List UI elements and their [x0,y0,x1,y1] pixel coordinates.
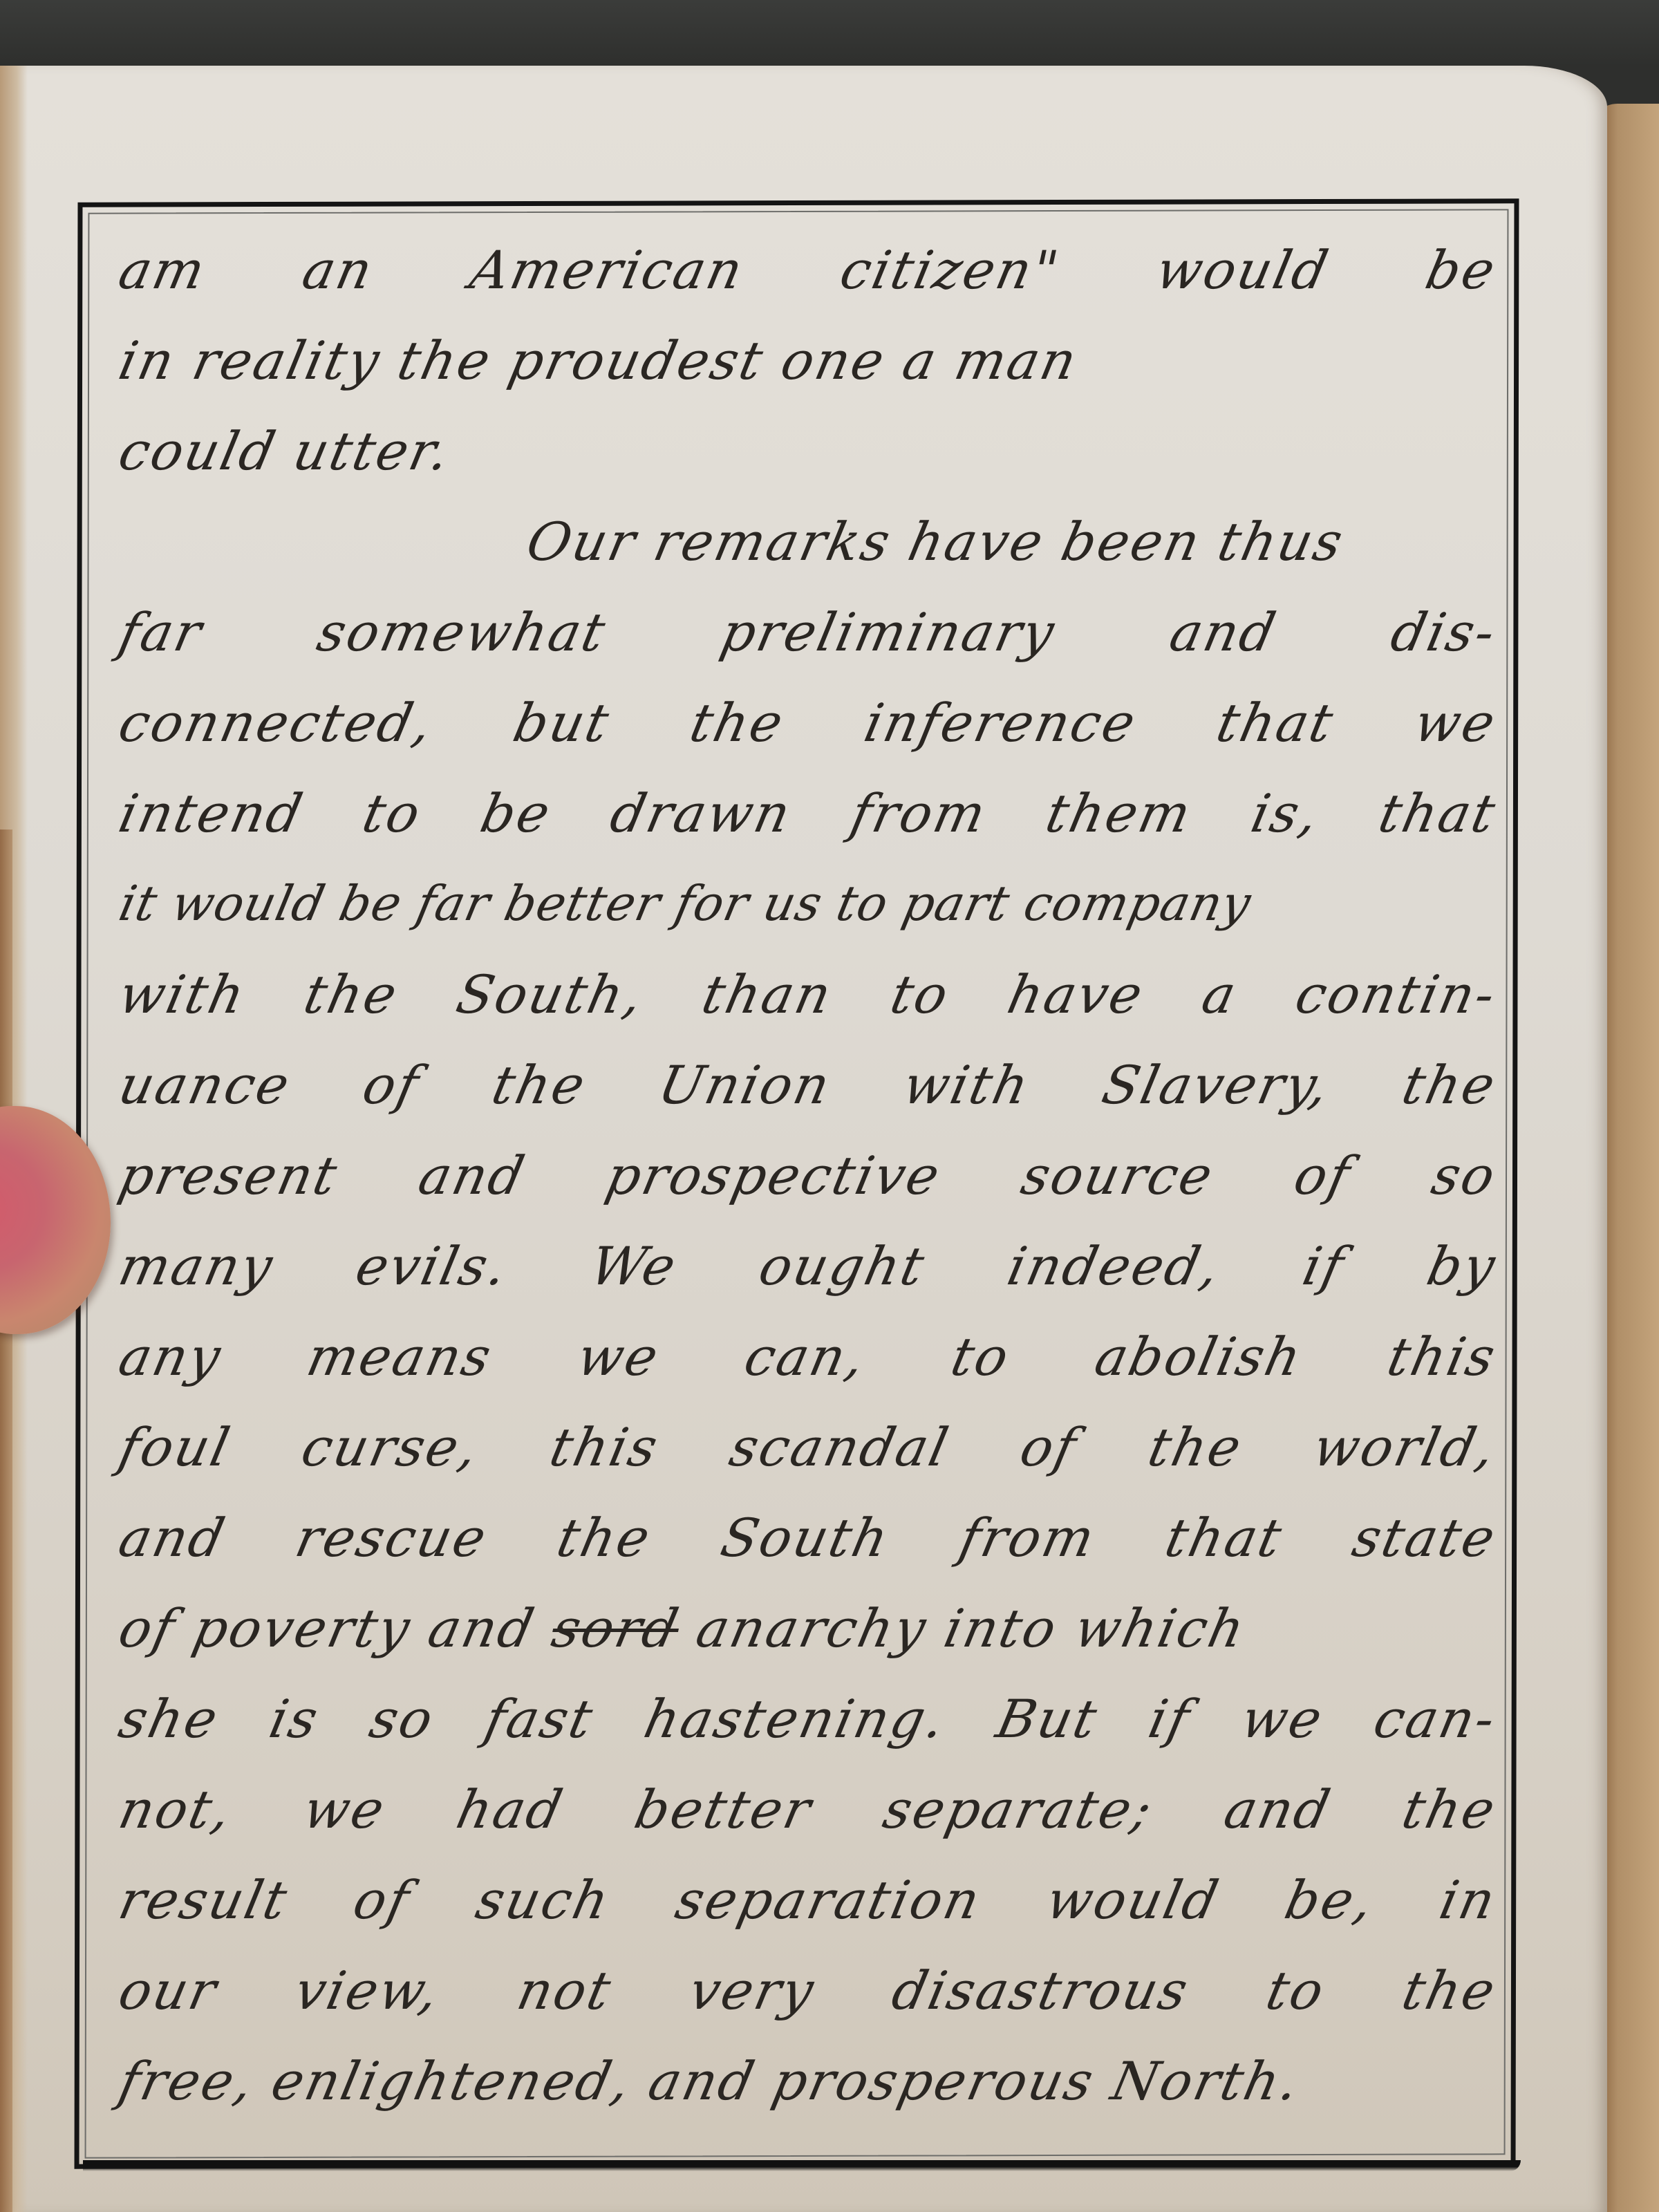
text-line: any means we can, to abolish this [111,1311,1506,1402]
frame-bottom-shadow [83,2160,1521,2171]
text-line: am an American citizen" would be [111,225,1506,315]
text-line: result of such separation would be, in [111,1855,1506,1945]
struck-out-word: sord [547,1597,686,1659]
paragraph-start-line: Our remarks have been thus [111,496,1506,587]
text-line: many evils. We ought indeed, if by [111,1221,1506,1311]
text-segment: anarchy into which [691,1597,1252,1659]
text-line: uance of the Union with Slavery, the [111,1040,1506,1130]
text-line: not, we had better separate; and the [111,1764,1506,1855]
text-line: far somewhat preliminary and dis- [111,587,1506,677]
text-line-with-strikeout: of poverty and sord anarchy into which [111,1583,1506,1674]
text-segment: of poverty and [113,1597,541,1659]
text-line: could utter. [111,406,1506,496]
text-line: with the South, than to have a contin- [111,949,1506,1040]
text-line: she is so fast hastening. But if we can- [111,1674,1506,1764]
text-line: foul curse, this scandal of the world, [111,1402,1506,1492]
handwritten-text: am an American citizen" would be in real… [111,225,1486,2126]
book-binding-edge [0,829,12,2212]
text-line: present and prospective source of so [111,1130,1506,1221]
text-line: it would be far better for us to part co… [111,859,1506,949]
text-line: connected, but the inference that we [111,677,1506,768]
text-line: our view, not very disastrous to the [111,1945,1506,2036]
text-line: and rescue the South from that state [111,1492,1506,1583]
text-line: intend to be drawn from them is, that [111,768,1506,859]
text-line: free, enlightened, and prosperous North. [111,2036,1506,2126]
text-line: in reality the proudest one a man [111,315,1506,406]
